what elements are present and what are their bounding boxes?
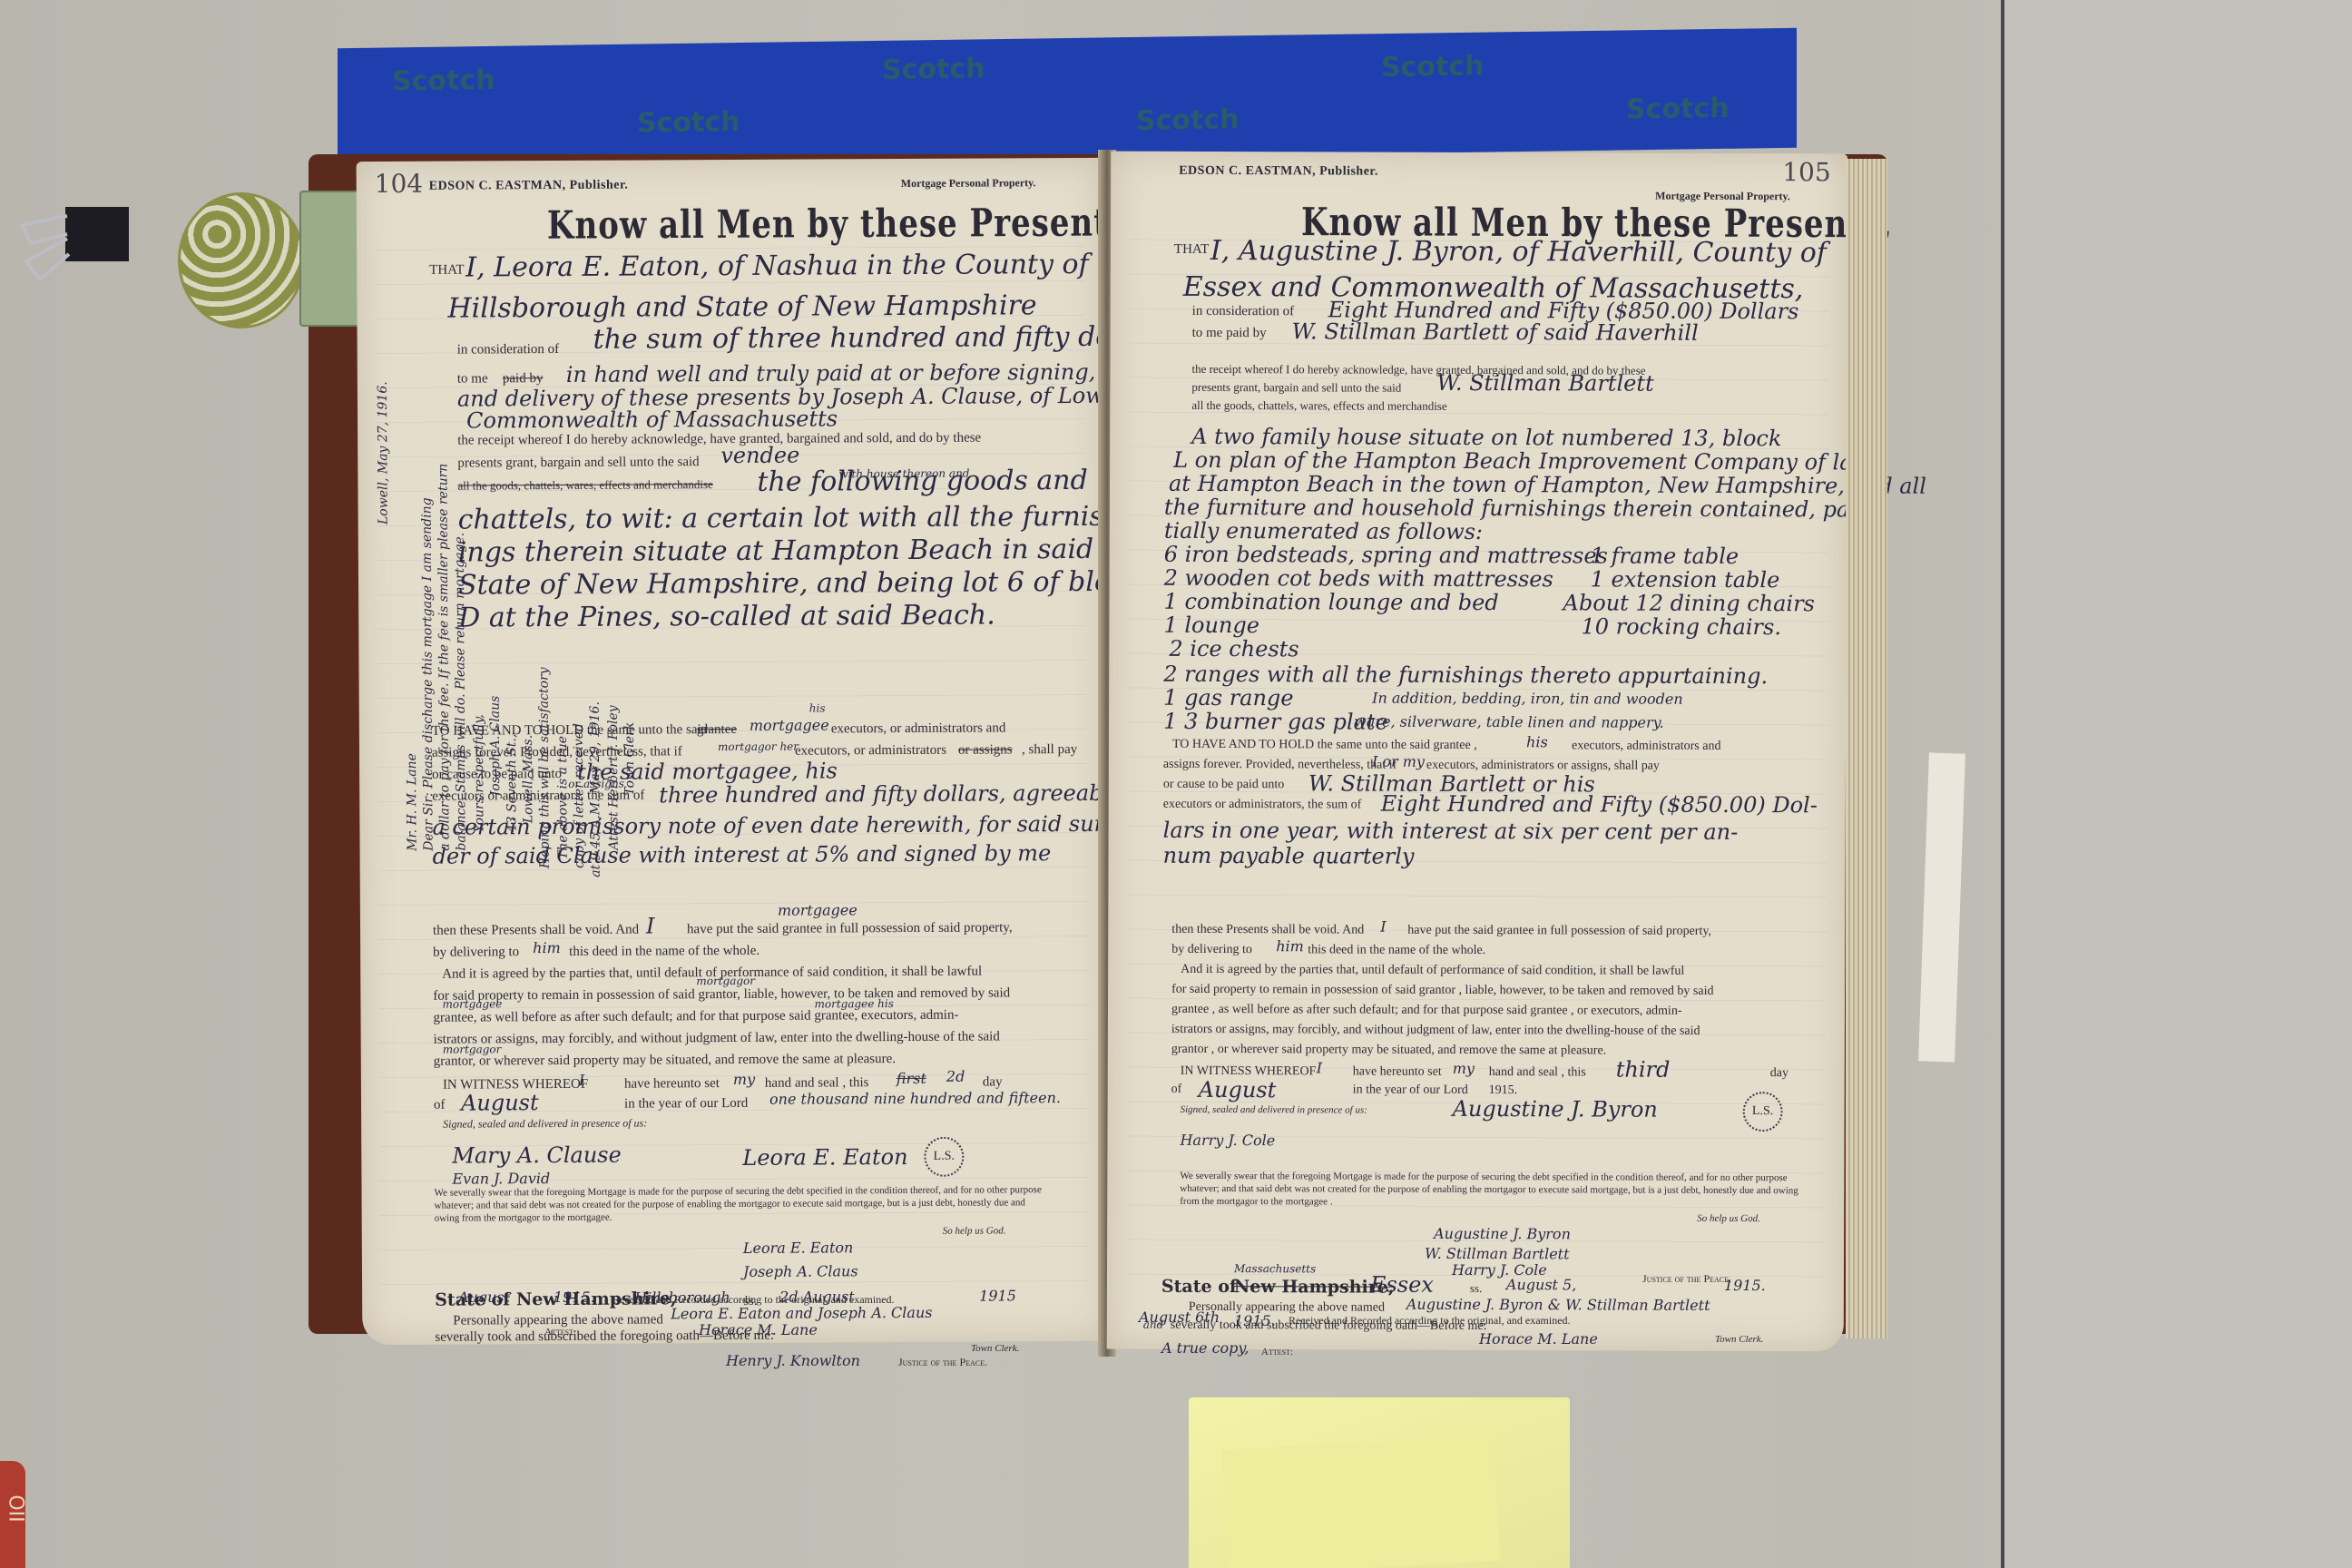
inventory-item: 6 iron bedsteads, spring and mattresses <box>1164 542 1608 569</box>
oath-text: We severally swear that the foregoing Mo… <box>435 1183 1052 1225</box>
ledger-page-105: EDSON C. EASTMAN, Publisher. 105 Mortgag… <box>1107 152 1848 1352</box>
witness-signature: Harry J. Cole <box>1180 1132 1275 1149</box>
yellow-sticky-notes <box>1222 1436 1501 1568</box>
grantor-signature: Leora E. Eaton <box>742 1144 907 1171</box>
ledger-page-104: 104 EDSON C. EASTMAN, Publisher. Mortgag… <box>357 158 1109 1345</box>
grantor-line: I, Augustine J. Byron, of Haverhill, Cou… <box>1210 235 1827 269</box>
binder-clip-icon <box>13 189 131 289</box>
publisher-line: EDSON C. EASTMAN, Publisher. <box>1179 164 1378 180</box>
clerk-signature: Horace M. Lane <box>1479 1330 1598 1347</box>
grantor-line: I, Leora E. Eaton, of Nashua in the Coun… <box>465 249 1089 284</box>
witness-signature: Mary A. Clause <box>452 1142 622 1169</box>
form-type: Mortgage Personal Property. <box>901 176 1036 191</box>
inventory-item: 2 ice chests <box>1169 636 1298 661</box>
oath-text: We severally swear that the foregoing Mo… <box>1180 1170 1815 1210</box>
that-label: THAT <box>429 263 464 279</box>
clerk-signature: Horace M. Lane <box>699 1321 818 1338</box>
red-object-edge: OII <box>0 1461 25 1568</box>
seal-mark: L.S. <box>924 1137 964 1177</box>
inventory-item: 2 wooden cot beds with mattresses <box>1164 565 1553 592</box>
page-number: 104 <box>375 169 424 199</box>
inventory-item: 1 extension table <box>1591 566 1780 593</box>
grantor-county-line: Hillsborough and State of New Hampshire <box>447 289 1036 324</box>
justice-signature: Henry J. Knowlton <box>726 1352 860 1369</box>
document-heading: Know all Men by these Presents, <box>547 201 1139 249</box>
consideration-amount: the sum of three hundred and fifty dolla… <box>593 320 1173 355</box>
inventory-item: About 12 dining chairs <box>1563 590 1815 616</box>
decorative-round-tag <box>178 192 305 328</box>
seal-mark: L.S. <box>1743 1092 1783 1132</box>
justice-signature: Harry J. Cole <box>1452 1261 1547 1279</box>
desk-right-panel <box>2004 0 2352 1568</box>
witness-signature: Evan J. David <box>452 1170 550 1188</box>
page-number: 105 <box>1782 157 1831 187</box>
publisher-line: EDSON C. EASTMAN, Publisher. <box>429 179 629 194</box>
inventory-item: 10 rocking chairs. <box>1581 613 1781 640</box>
that-label: THAT <box>1174 242 1209 258</box>
blue-painters-tape: Scotch Scotch Scotch Scotch Scotch Scotc… <box>338 28 1797 168</box>
inventory-item: 1 lounge <box>1163 612 1259 638</box>
grantor-signature: Augustine J. Byron <box>1453 1096 1658 1122</box>
desk-edge-line <box>2001 0 2004 1568</box>
inventory-item: 1 combination lounge and bed <box>1164 589 1499 615</box>
inventory-item: 1 frame table <box>1591 543 1739 569</box>
page-edges <box>1846 159 1887 1338</box>
